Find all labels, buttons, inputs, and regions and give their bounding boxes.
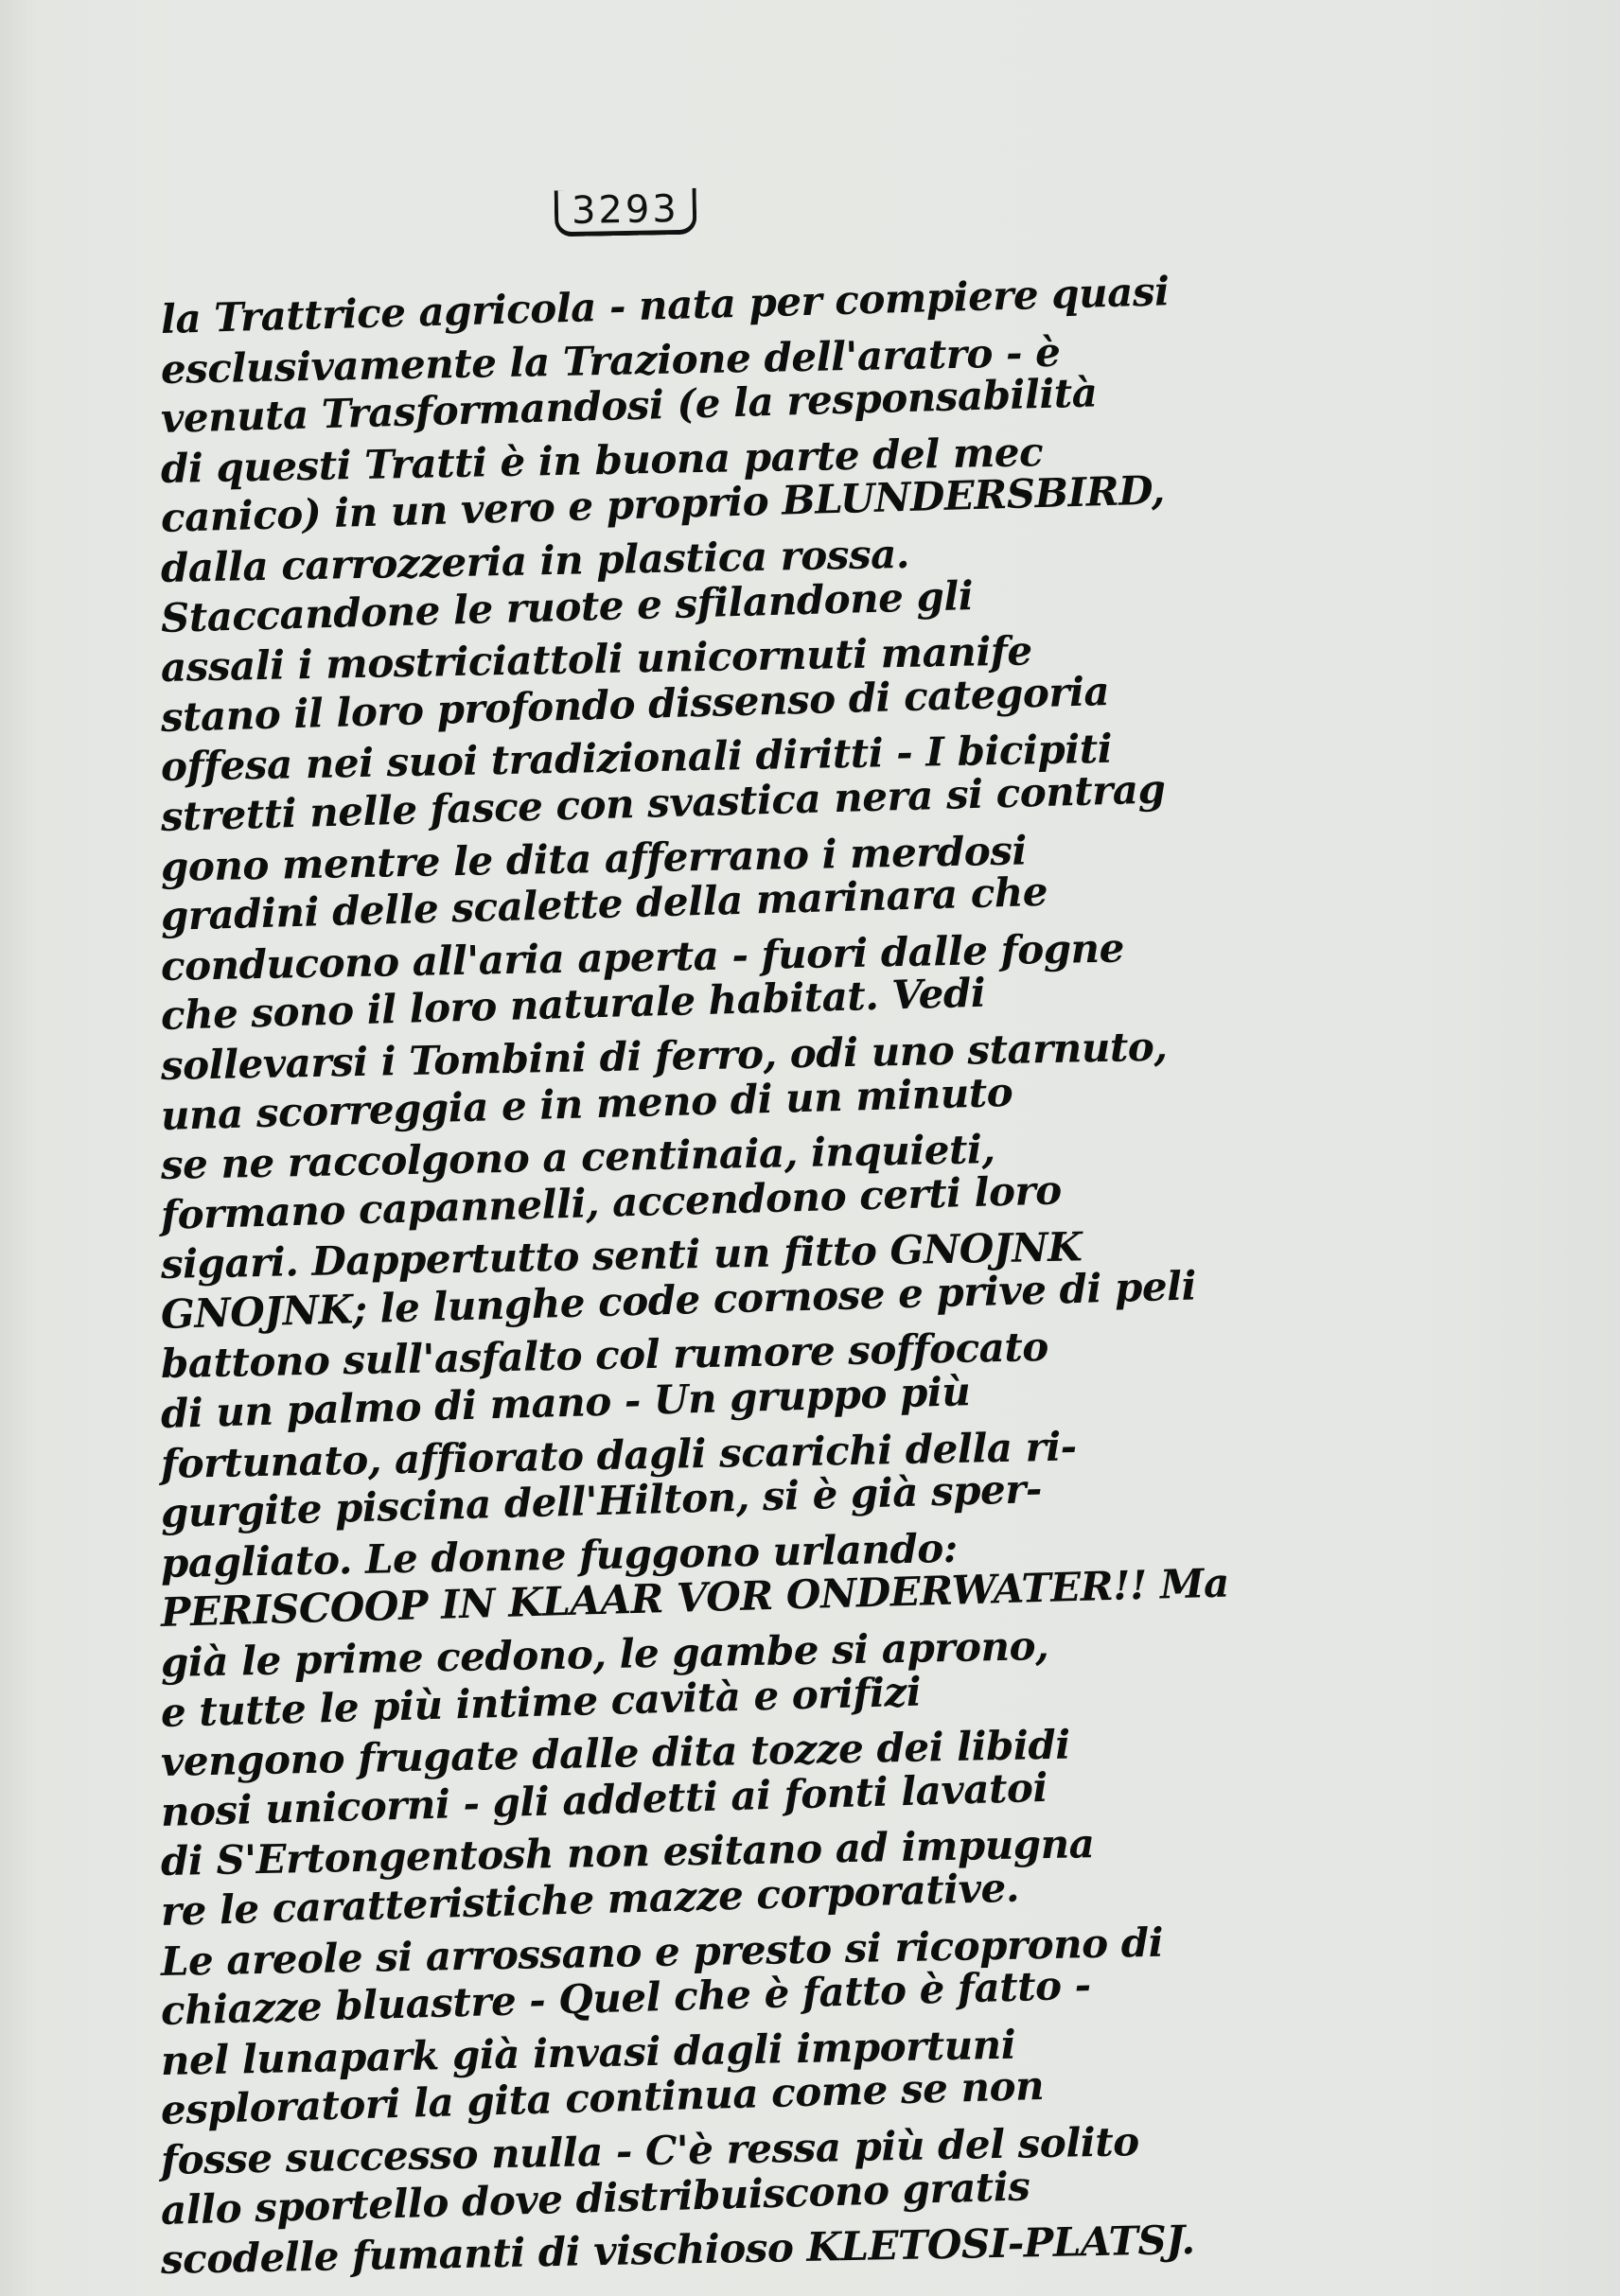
page-number: 3293 [555,188,697,237]
manuscript-page: 3293 la Trattrice agricola - nata per co… [0,0,1620,2296]
handwritten-text-block: la Trattrice agricola - nata per compier… [161,295,1296,2286]
